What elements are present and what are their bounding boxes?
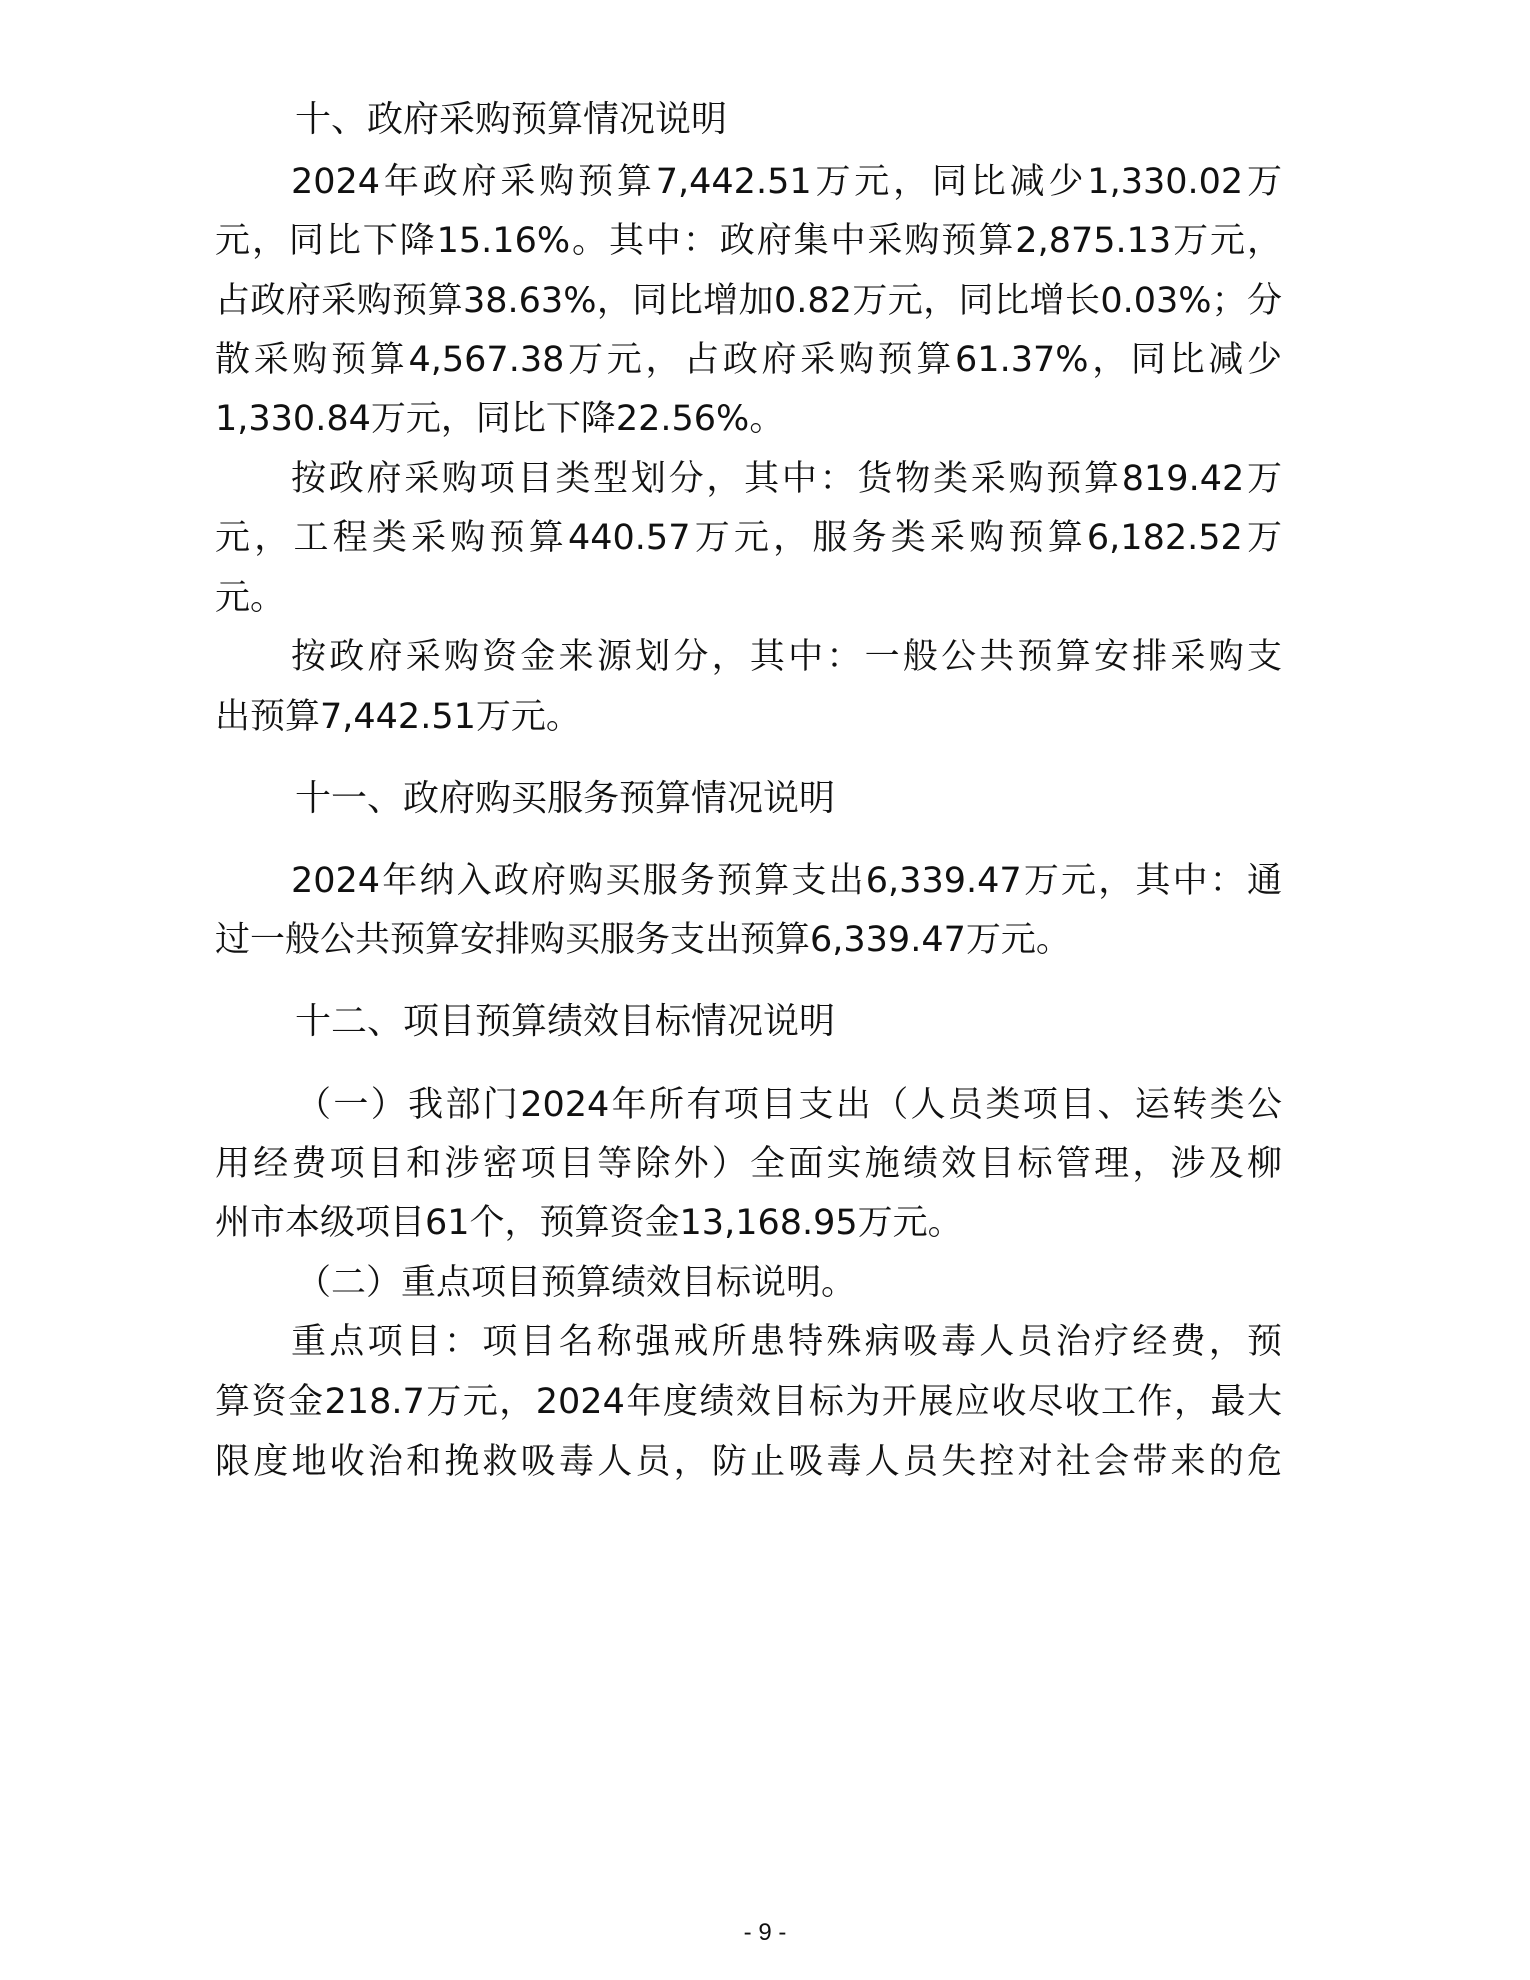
paragraph-line: 按政府采购项目类型划分，其中：货物类采购预算819.42万 bbox=[291, 457, 1282, 501]
paragraph-line: 按政府采购资金来源划分，其中：一般公共预算安排采购支 bbox=[291, 635, 1282, 679]
section-heading-10: 十、政府采购预算情况说明 bbox=[295, 96, 727, 144]
paragraph-line: 2024年政府采购预算7,442.51万元，同比减少1,330.02万 bbox=[291, 160, 1282, 204]
paragraph-line: 元，工程类采购预算440.57万元，服务类采购预算6,182.52万 bbox=[215, 516, 1282, 560]
document-page: 十、政府采购预算情况说明 2024年政府采购预算7,442.51万元，同比减少1… bbox=[0, 0, 1530, 1980]
paragraph-line: 散采购预算4,567.38万元，占政府采购预算61.37%，同比减少 bbox=[215, 338, 1282, 382]
paragraph-line: 元。 bbox=[215, 576, 1282, 620]
paragraph-line: 用经费项目和涉密项目等除外）全面实施绩效目标管理，涉及柳 bbox=[215, 1142, 1282, 1186]
paragraph-line: 1,330.84万元，同比下降22.56%。 bbox=[215, 397, 1282, 441]
section-heading-12: 十二、项目预算绩效目标情况说明 bbox=[295, 998, 835, 1046]
paragraph-line: 2024年纳入政府购买服务预算支出6,339.47万元，其中：通 bbox=[291, 859, 1282, 903]
paragraph-line: 出预算7,442.51万元。 bbox=[215, 695, 1282, 739]
paragraph-line: 算资金218.7万元，2024年度绩效目标为开展应收尽收工作，最大 bbox=[215, 1380, 1282, 1424]
paragraph-line: 元，同比下降15.16%。其中：政府集中采购预算2,875.13万元， bbox=[215, 219, 1282, 263]
paragraph-line: 州市本级项目61个，预算资金13,168.95万元。 bbox=[215, 1201, 1282, 1245]
paragraph-line: （一）我部门2024年所有项目支出（人员类项目、运转类公 bbox=[296, 1083, 1282, 1127]
paragraph-line: 占政府采购预算38.63%，同比增加0.82万元，同比增长0.03%；分 bbox=[215, 279, 1282, 323]
sub-heading-key-projects: （二）重点项目预算绩效目标说明。 bbox=[296, 1261, 1282, 1305]
paragraph-line: 限度地收治和挽救吸毒人员，防止吸毒人员失控对社会带来的危 bbox=[215, 1440, 1282, 1484]
page-number: - 9 - bbox=[0, 1913, 1530, 1953]
paragraph-line: 过一般公共预算安排购买服务支出预算6,339.47万元。 bbox=[215, 918, 1282, 962]
section-heading-11: 十一、政府购买服务预算情况说明 bbox=[295, 775, 835, 823]
paragraph-line: 重点项目：项目名称强戒所患特殊病吸毒人员治疗经费，预 bbox=[291, 1320, 1282, 1364]
